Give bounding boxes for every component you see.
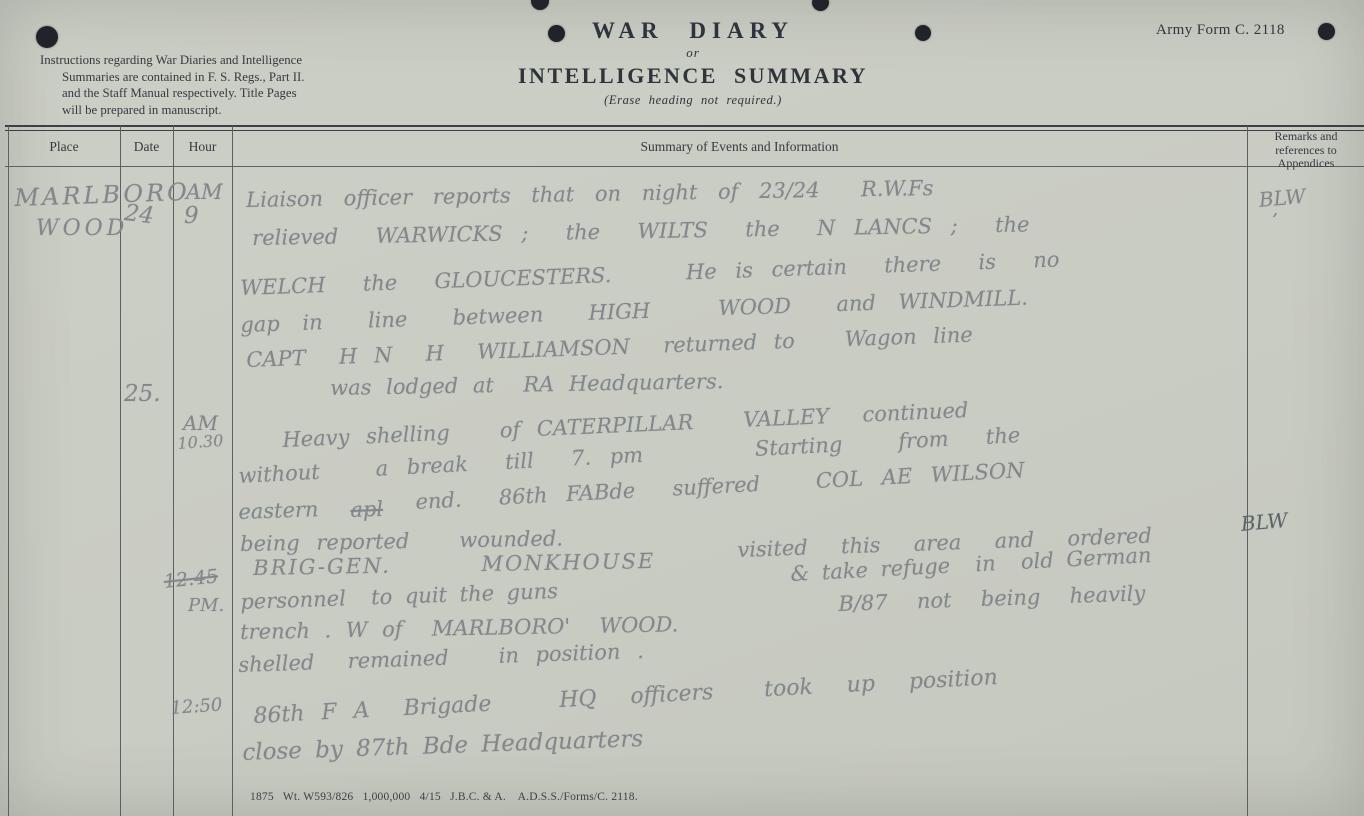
- handwriting-hour: 12:50: [170, 696, 223, 718]
- handwriting-entry2-summary: personnel to quit the guns: [240, 581, 558, 613]
- punch-hole: [915, 25, 931, 41]
- handwriting-entry1-summary: was lodged at RA Headquarters.: [330, 371, 724, 399]
- handwriting-entry2-summary: B/87 not being heavily: [838, 583, 1146, 615]
- handwriting-remarks-initials: BLW: [1240, 510, 1288, 534]
- punch-hole: [548, 25, 565, 42]
- handwriting-entry2-summary: close by 87th Bde Headquarters: [242, 728, 644, 765]
- handwriting-date: 24: [123, 202, 155, 228]
- handwriting-place: MARLBORO: [14, 180, 190, 210]
- handwritten-entries-layer: MARLBOROWOOD24AM9Liaison officer reports…: [0, 0, 1364, 816]
- handwriting-hour: PM.: [188, 597, 224, 615]
- handwriting-entry1-summary: Liaison officer reports that on night of…: [246, 178, 934, 211]
- war-diary-scanned-page: Instructions regarding War Diaries and I…: [0, 0, 1364, 816]
- handwriting-date: 25.: [124, 383, 161, 406]
- punch-hole: [1318, 23, 1335, 40]
- punch-hole: [36, 26, 58, 48]
- handwriting-hour: 10.30: [177, 433, 224, 452]
- handwriting-entry2-summary: trench . W of MARLBORO' WOOD.: [240, 614, 678, 643]
- handwriting-hour-struck: 12.45: [163, 567, 219, 592]
- punch-hole: [812, 0, 829, 11]
- handwriting-entry1-summary: relieved WARWICKS ; the WILTS the N LANC…: [252, 214, 1030, 249]
- handwriting-hour: AM: [186, 182, 223, 203]
- handwriting-remarks-initials: BLW: [1258, 186, 1306, 210]
- handwriting-place: WOOD: [36, 218, 128, 240]
- handwriting-entry2-summary: shelled remained in position .: [238, 641, 644, 676]
- handwriting-remarks-initials: ’: [1272, 212, 1278, 230]
- handwriting-entry2-summary: BRIG-GEN. MONKHOUSE: [253, 551, 655, 579]
- handwriting-entry2-summary: 86th F A Brigade HQ officers took up pos…: [253, 667, 998, 728]
- handwriting-entry2-summary-struck-word: apl: [350, 499, 383, 521]
- handwriting-hour: 9: [184, 205, 199, 228]
- handwriting-entry2-summary: eastern: [238, 499, 319, 523]
- handwriting-hour: AM: [183, 413, 218, 433]
